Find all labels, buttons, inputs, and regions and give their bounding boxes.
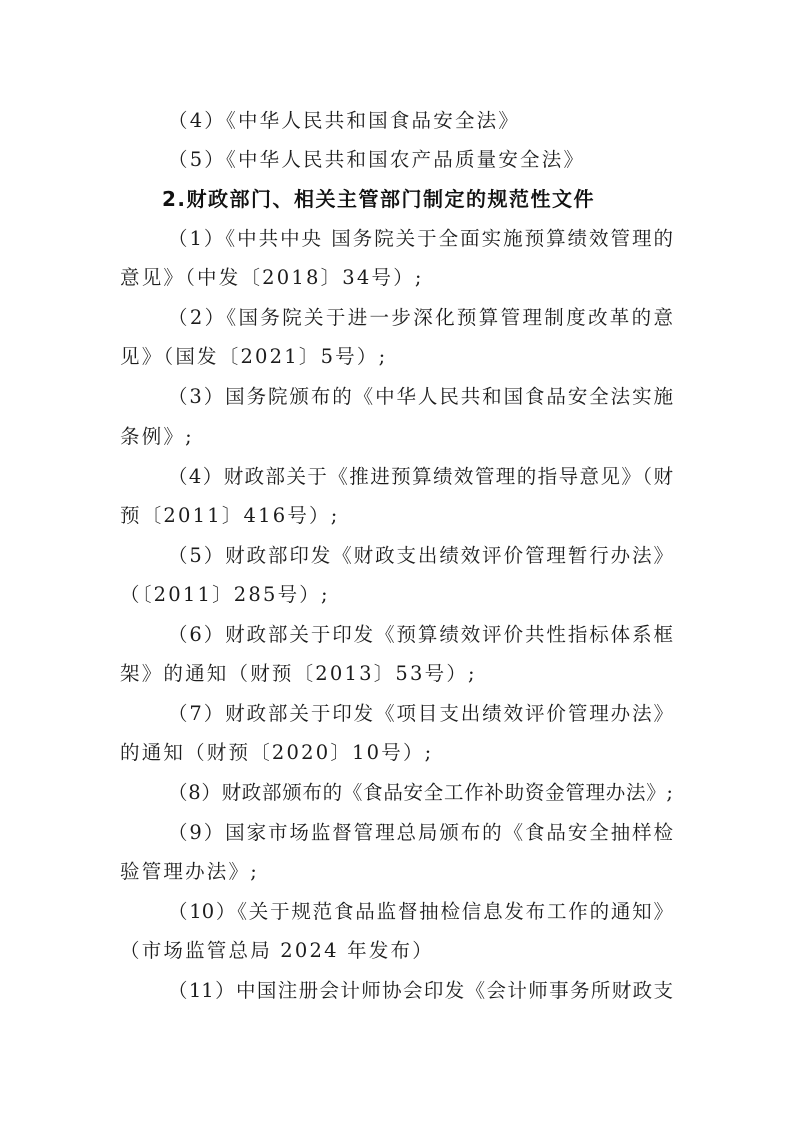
list-item-doc-1: （1）《中共中央 国务院关于全面实施预算绩效管理的 bbox=[168, 227, 673, 251]
list-item-doc-3: （3）国务院颁布的《中华人民共和国食品安全法实施 bbox=[168, 385, 673, 409]
list-item-doc-2-cont: 见》（国发〔2021〕5号）; bbox=[120, 345, 387, 369]
document-page: （4）《中华人民共和国食品安全法》 （5）《中华人民共和国农产品质量安全法》 2… bbox=[0, 0, 793, 1122]
list-item-law-4: （4）《中华人民共和国食品安全法》 bbox=[168, 109, 520, 133]
list-item-doc-10: （10）《关于规范食品监督抽检信息发布工作的通知》 bbox=[168, 900, 673, 924]
list-item-doc-10-cont: （市场监管总局 2024 年发布） bbox=[120, 939, 434, 963]
list-item-doc-9: （9）国家市场监督管理总局颁布的《食品安全抽样检 bbox=[168, 821, 673, 845]
list-item-doc-7: （7）财政部关于印发《项目支出绩效评价管理办法》 bbox=[168, 702, 673, 726]
list-item-doc-2: （2）《国务院关于进一步深化预算管理制度改革的意 bbox=[168, 306, 673, 330]
list-item-doc-8: （8）财政部颁布的《食品安全工作补助资金管理办法》; bbox=[168, 781, 673, 805]
list-item-doc-4-cont: 预〔2011〕416号）; bbox=[120, 504, 340, 528]
list-item-doc-1-cont: 意见》（中发〔2018〕34号）; bbox=[120, 266, 424, 290]
list-item-doc-6: （6）财政部关于印发《预算绩效评价共性指标体系框 bbox=[168, 623, 673, 647]
list-item-doc-5: （5）财政部印发《财政支出绩效评价管理暂行办法》 bbox=[168, 544, 673, 568]
list-item-doc-4: （4）财政部关于《推进预算绩效管理的指导意见》（财 bbox=[168, 465, 673, 489]
section-heading: 2.财政部门、相关主管部门制定的规范性文件 bbox=[162, 187, 595, 211]
list-item-doc-5-cont: （〔2011〕285号）; bbox=[120, 583, 330, 607]
list-item-doc-3-cont: 条例》; bbox=[120, 425, 194, 449]
list-item-law-5: （5）《中华人民共和国农产品质量安全法》 bbox=[168, 148, 585, 172]
list-item-doc-7-cont: 的通知（财预〔2020〕10号）; bbox=[120, 741, 433, 765]
list-item-doc-6-cont: 架》的通知（财预〔2013〕53号）; bbox=[120, 662, 477, 686]
list-item-doc-11: （11）中国注册会计师协会印发《会计师事务所财政支 bbox=[168, 979, 673, 1003]
list-item-doc-9-cont: 验管理办法》; bbox=[120, 860, 259, 884]
